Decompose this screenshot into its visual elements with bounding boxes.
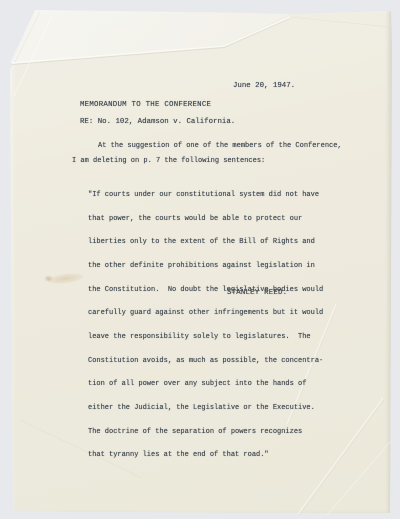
quote-line: leave the responsibility solely to legis… [88, 333, 323, 341]
memo-signature: STANLEY REED. [227, 289, 287, 297]
quote-line: The doctrine of the separation of powers… [88, 428, 323, 436]
paper-stain-dot [44, 275, 53, 282]
quote-line: tion of all power over any subject into … [88, 380, 323, 388]
quote-line: either the Judicial, the Legislative or … [88, 404, 323, 412]
quote-line: liberties only to the extent of the Bill… [88, 238, 323, 246]
memo-title: MEMORANDUM TO THE CONFERENCE [80, 101, 211, 109]
memo-quote-block: "If courts under our constitutional syst… [88, 176, 323, 475]
quote-line: the other definite prohibitions against … [88, 262, 323, 270]
quote-line: that tyranny lies at the end of that roa… [88, 451, 323, 459]
scan-background: June 20, 1947. MEMORANDUM TO THE CONFERE… [0, 0, 400, 519]
quote-line: that power, the courts would be able to … [88, 215, 323, 223]
memo-intro-line-2: I am deleting on p. 7 the following sent… [72, 158, 265, 166]
quote-line: "If courts under our constitutional syst… [88, 191, 323, 199]
memo-subject-line: RE: No. 102, Adamson v. California. [80, 118, 235, 126]
memo-date: June 20, 1947. [233, 82, 295, 90]
quote-line: the Constitution. No doubt the legislati… [88, 286, 323, 294]
memo-intro-line-1: At the suggestion of one of the members … [98, 143, 342, 151]
quote-line: Constitution avoids, as much as possible… [88, 357, 323, 365]
quote-line: carefully guard against other infringeme… [88, 309, 323, 317]
